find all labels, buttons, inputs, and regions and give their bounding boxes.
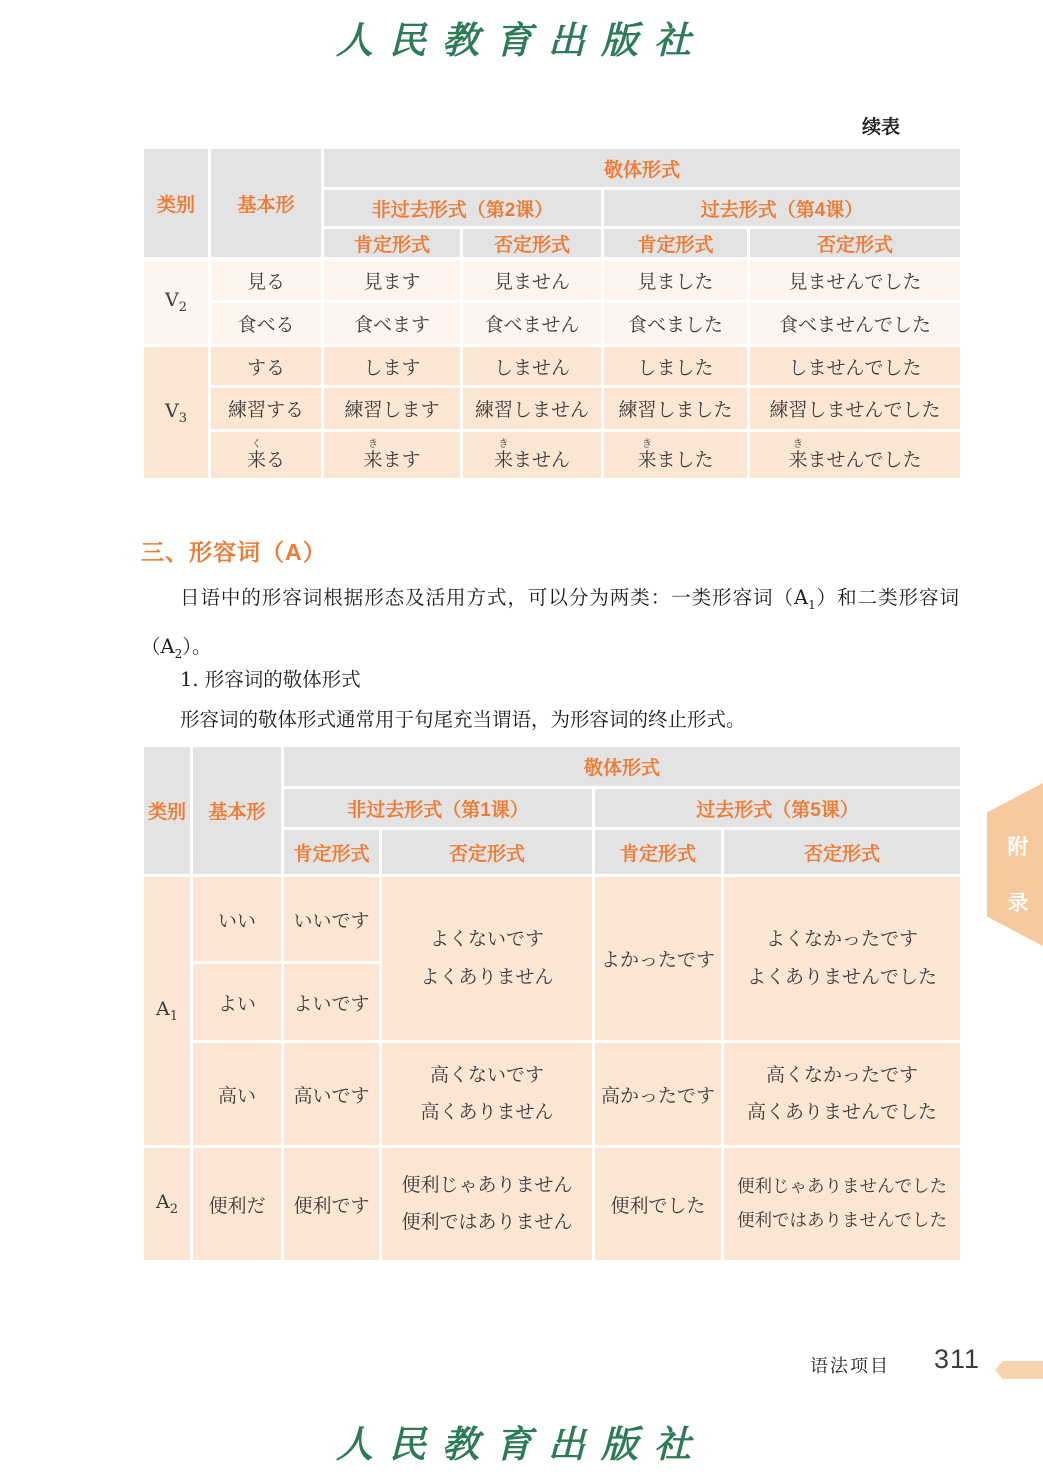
cell-past-aff: しました <box>604 347 747 385</box>
neg-line: 便利じゃありません <box>382 1167 592 1204</box>
group-sub: 1 <box>170 1009 178 1024</box>
header-nonpast: 非过去形式（第2课） <box>324 190 601 226</box>
cell-past-aff: 便利でした <box>595 1148 721 1260</box>
cell-past-aff: 見ました <box>604 260 747 300</box>
header-affirmative: 肯定形式 <box>604 229 747 257</box>
header-affirmative: 肯定形式 <box>324 229 460 257</box>
header-past: 过去形式（第5课） <box>595 789 960 827</box>
cell-past-neg: 便利じゃありませんでした 便利ではありませんでした <box>724 1148 960 1260</box>
group-sub: 2 <box>179 300 187 315</box>
table-header-row: 类别 基本形 敬体形式 <box>144 747 960 786</box>
neg-line: 便利ではありませんでした <box>724 1204 960 1238</box>
cell-nonpast-neg: しません <box>463 347 601 385</box>
cell-past-neg: 練習しませんでした <box>750 388 960 429</box>
paragraph-polite-form-usage: 形容词的敬体形式通常用于句尾充当谓语，为形容词的终止形式。 <box>141 699 959 740</box>
header-category: 类别 <box>144 149 208 257</box>
cell-nonpast-neg: 高くないです 高くありません <box>382 1043 592 1145</box>
neg-line: 高くないです <box>382 1057 592 1094</box>
cell-nonpast-neg: 来きません <box>463 432 601 478</box>
cell-past-neg: よくなかったです よくありませんでした <box>724 877 960 1040</box>
footer-arrow-ribbon <box>995 1361 1043 1379</box>
group-sub: 2 <box>170 1202 178 1217</box>
cell-base: 練習する <box>211 388 321 429</box>
header-polite-form: 敬体形式 <box>284 747 960 786</box>
cell-nonpast-neg: 食べません <box>463 303 601 344</box>
cell-base: よい <box>193 964 281 1040</box>
table-row-suru: V3 する します しません しました しませんでした <box>144 347 960 385</box>
continued-table-label: 续表 <box>141 112 957 139</box>
kana-suffix: る <box>266 449 285 471</box>
neg-line: 高くなかったです <box>724 1057 960 1094</box>
cell-past-neg: 来きませんでした <box>750 432 960 478</box>
header-negative: 否定形式 <box>463 229 601 257</box>
neg-line: 高くありませんでした <box>724 1094 960 1131</box>
header-base-form: 基本形 <box>193 747 281 874</box>
kanji-with-furigana: 来き <box>363 449 382 471</box>
neg-line: 高くありません <box>382 1094 592 1131</box>
table-header-row: 类别 基本形 敬体形式 <box>144 149 960 187</box>
cell-past-neg: しませんでした <box>750 347 960 385</box>
group-label-v3: V3 <box>144 347 208 478</box>
neg-line: よくなかったです <box>724 921 960 958</box>
cell-past-neg: 食べませんでした <box>750 303 960 344</box>
header-negative: 否定形式 <box>750 229 960 257</box>
publisher-logo-bottom: 人民教育出版社 <box>0 1414 1043 1468</box>
neg-line: 便利じゃありませんでした <box>724 1170 960 1204</box>
kanji-with-furigana: 来く <box>247 449 266 471</box>
cell-nonpast-neg: 練習しません <box>463 388 601 429</box>
header-negative: 否定形式 <box>382 830 592 874</box>
kana-suffix: ます <box>383 449 421 471</box>
cell-nonpast-neg: 便利じゃありません 便利ではありません <box>382 1148 592 1260</box>
cell-past-aff: 高かったです <box>595 1043 721 1145</box>
table-row-kuru: 来くる 来きます 来きません 来きました 来きませんでした <box>144 432 960 478</box>
neg-line: 便利ではありません <box>382 1204 592 1241</box>
publisher-logo-top: 人民教育出版社 <box>0 10 1043 64</box>
table-row-benri: A2 便利だ 便利です 便利じゃありません 便利ではありません 便利でした 便利… <box>144 1148 960 1260</box>
cell-nonpast-aff: よいです <box>284 964 379 1040</box>
cell-past-aff: 来きました <box>604 432 747 478</box>
header-affirmative: 肯定形式 <box>595 830 721 874</box>
section-heading: 三、形容词（A） <box>141 534 327 567</box>
textbook-page: 人民教育出版社 续表 类别 基本形 敬体形式 非过去形式（第2课） 过去形式（第… <box>0 0 1043 1474</box>
footer-section-label: 语法项目 <box>810 1352 890 1378</box>
cell-base: 来くる <box>211 432 321 478</box>
table-row-taberu: 食べる 食べます 食べません 食べました 食べませんでした <box>144 303 960 344</box>
cell-nonpast-aff: いいです <box>284 877 379 961</box>
side-tab-char: 附 <box>1002 831 1029 861</box>
kanji-with-furigana: 来き <box>788 449 807 471</box>
kana-suffix: ました <box>657 449 714 471</box>
cell-past-aff: 練習しました <box>604 388 747 429</box>
header-nonpast: 非过去形式（第1课） <box>284 789 592 827</box>
table-row-miru: V2 見る 見ます 見ません 見ました 見ませんでした <box>144 260 960 300</box>
header-affirmative: 肯定形式 <box>284 830 379 874</box>
group-label-v2: V2 <box>144 260 208 344</box>
header-polite-form: 敬体形式 <box>324 149 960 187</box>
cell-base: いい <box>193 877 281 961</box>
cell-base: する <box>211 347 321 385</box>
page-number: 311 <box>934 1344 980 1375</box>
paragraph-text: ）。 <box>182 635 211 658</box>
verb-conjugation-table: 类别 基本形 敬体形式 非过去形式（第2课） 过去形式（第4课） 肯定形式 否定… <box>141 146 963 481</box>
list-item-polite-form: 1. 形容词的敬体形式 <box>141 659 959 700</box>
group-label-a1: A1 <box>144 877 190 1145</box>
header-category: 类别 <box>144 747 190 874</box>
cell-base: 食べる <box>211 303 321 344</box>
appendix-side-tab: 附 录 <box>987 783 1043 946</box>
cell-base: 見る <box>211 260 321 300</box>
cell-past-aff: よかったです <box>595 877 721 1040</box>
paragraph-text: 日语中的形容词根据形态及活用方式，可以分为两类：一类形容词（A <box>180 586 808 609</box>
table-row-renshuu: 練習する 練習します 練習しません 練習しました 練習しませんでした <box>144 388 960 429</box>
subscript: 1 <box>808 598 816 612</box>
kana-suffix: ませんでした <box>808 449 922 471</box>
group-sub: 3 <box>179 410 187 425</box>
group-label-a2: A2 <box>144 1148 190 1260</box>
header-base-form: 基本形 <box>211 149 321 257</box>
cell-nonpast-aff: 高いです <box>284 1043 379 1145</box>
table-row-ii: A1 いい いいです よくないです よくありません よかったです よくなかったで… <box>144 877 960 961</box>
neg-line: よくありません <box>382 959 592 996</box>
kanji-with-furigana: 来き <box>637 449 656 471</box>
kanji-with-furigana: 来き <box>494 449 513 471</box>
neg-line: よくありませんでした <box>724 959 960 996</box>
header-past: 过去形式（第4课） <box>604 190 960 226</box>
cell-past-aff: 食べました <box>604 303 747 344</box>
side-tab-char: 录 <box>1002 887 1029 917</box>
cell-nonpast-neg: 見ません <box>463 260 601 300</box>
cell-nonpast-aff: 食べます <box>324 303 460 344</box>
cell-nonpast-neg: よくないです よくありません <box>382 877 592 1040</box>
cell-nonpast-aff: 練習します <box>324 388 460 429</box>
cell-nonpast-aff: 来きます <box>324 432 460 478</box>
neg-line: よくないです <box>382 921 592 958</box>
cell-past-neg: 見ませんでした <box>750 260 960 300</box>
adjective-conjugation-table: 类别 基本形 敬体形式 非过去形式（第1课） 过去形式（第5课） 肯定形式 否定… <box>141 744 963 1263</box>
table-row-takai: 高い 高いです 高くないです 高くありません 高かったです 高くなかったです 高… <box>144 1043 960 1145</box>
header-negative: 否定形式 <box>724 830 960 874</box>
kana-suffix: ません <box>513 449 570 471</box>
cell-past-neg: 高くなかったです 高くありませんでした <box>724 1043 960 1145</box>
cell-base: 高い <box>193 1043 281 1145</box>
cell-nonpast-aff: します <box>324 347 460 385</box>
cell-base: 便利だ <box>193 1148 281 1260</box>
cell-nonpast-aff: 便利です <box>284 1148 379 1260</box>
cell-nonpast-aff: 見ます <box>324 260 460 300</box>
